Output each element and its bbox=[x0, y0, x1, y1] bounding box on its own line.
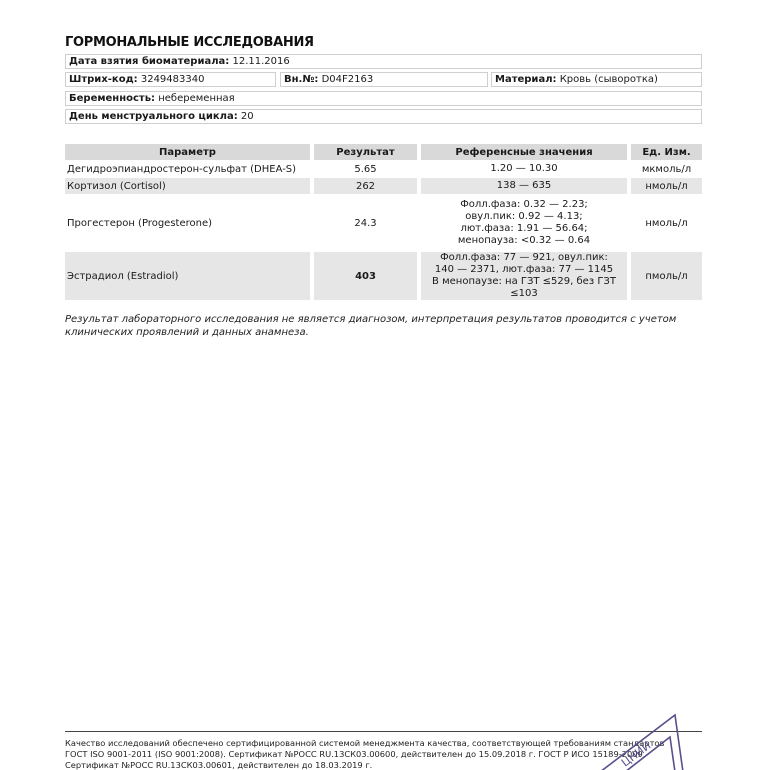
material-value: Кровь (сыворотка) bbox=[560, 74, 658, 85]
cell-unit: нмоль/л bbox=[631, 195, 702, 251]
header-parameter: Параметр bbox=[65, 144, 310, 160]
cell-parameter: Прогестерон (Progesterone) bbox=[65, 195, 310, 251]
table-row: Дегидроэпиандростерон-сульфат (DHEA-S)5.… bbox=[65, 161, 702, 177]
sample-date-label: Дата взятия биоматериала: bbox=[69, 56, 229, 67]
cell-unit: пмоль/л bbox=[631, 252, 702, 300]
reference-line: 138 — 635 bbox=[421, 180, 627, 192]
cell-parameter: Эстрадиол (Estradiol) bbox=[65, 252, 310, 300]
table-row: Кортизол (Cortisol)262138 — 635нмоль/л bbox=[65, 178, 702, 194]
report-title: ГОРМОНАЛЬНЫЕ ИССЛЕДОВАНИЯ bbox=[65, 35, 314, 50]
cell-result: 24.3 bbox=[314, 195, 417, 251]
table-header-row: Параметр Результат Референсные значения … bbox=[65, 144, 702, 160]
cell-reference: Фолл.фаза: 77 — 921, овул.пик:140 — 2371… bbox=[421, 252, 627, 300]
cell-result: 5.65 bbox=[314, 161, 417, 177]
internal-no-label: Вн.№: bbox=[284, 74, 318, 85]
reference-line: 1.20 — 10.30 bbox=[421, 163, 627, 175]
cell-result: 403 bbox=[314, 252, 417, 300]
cycle-day-label: День менструального цикла: bbox=[69, 111, 238, 122]
cell-reference: 138 — 635 bbox=[421, 178, 627, 194]
reference-line: менопауза: <0.32 — 0.64 bbox=[421, 235, 627, 247]
barcode-value: 3249483340 bbox=[141, 74, 205, 85]
table-row: Эстрадиол (Estradiol)403Фолл.фаза: 77 — … bbox=[65, 252, 702, 300]
barcode-box: Штрих-код: 3249483340 bbox=[65, 72, 276, 87]
internal-no-value: D04F2163 bbox=[322, 74, 374, 85]
cell-parameter: Дегидроэпиандростерон-сульфат (DHEA-S) bbox=[65, 161, 310, 177]
footer-line: ГОСТ ISO 9001-2011 (ISO 9001:2008). Серт… bbox=[65, 749, 665, 760]
header-reference: Референсные значения bbox=[421, 144, 627, 160]
cycle-day-value: 20 bbox=[241, 111, 254, 122]
disclaimer-note: Результат лабораторного исследования не … bbox=[65, 313, 705, 339]
reference-line: Фолл.фаза: 0.32 — 2.23; bbox=[421, 199, 627, 211]
cell-parameter: Кортизол (Cortisol) bbox=[65, 178, 310, 194]
cycle-day-box: День менструального цикла: 20 bbox=[65, 109, 702, 124]
header-result: Результат bbox=[314, 144, 417, 160]
header-unit: Ед. Изм. bbox=[631, 144, 702, 160]
footer-line: Сертификат №РОСС RU.13СК03.00601, действ… bbox=[65, 760, 665, 770]
sample-date-value: 12.11.2016 bbox=[232, 56, 289, 67]
internal-no-box: Вн.№: D04F2163 bbox=[280, 72, 488, 87]
material-box: Материал: Кровь (сыворотка) bbox=[491, 72, 702, 87]
barcode-label: Штрих-код: bbox=[69, 74, 138, 85]
material-label: Материал: bbox=[495, 74, 557, 85]
reference-line: 140 — 2371, лют.фаза: 77 — 1145 bbox=[421, 264, 627, 276]
cell-unit: нмоль/л bbox=[631, 178, 702, 194]
reference-line: овул.пик: 0.92 — 4.13; bbox=[421, 211, 627, 223]
pregnancy-value: небеременная bbox=[158, 93, 234, 104]
pregnancy-label: Беременность: bbox=[69, 93, 155, 104]
cell-reference: 1.20 — 10.30 bbox=[421, 161, 627, 177]
reference-line: Фолл.фаза: 77 — 921, овул.пик: bbox=[421, 252, 627, 264]
footer-certification: Качество исследований обеспечено сертифи… bbox=[65, 738, 665, 770]
footer-line: Качество исследований обеспечено сертифи… bbox=[65, 738, 665, 749]
reference-line: лют.фаза: 1.91 — 56.64; bbox=[421, 223, 627, 235]
lab-stamp: ЦНИИ bbox=[595, 712, 770, 770]
table-row: Прогестерон (Progesterone)24.3Фолл.фаза:… bbox=[65, 195, 702, 251]
cell-result: 262 bbox=[314, 178, 417, 194]
results-table: Параметр Результат Референсные значения … bbox=[61, 143, 706, 301]
pregnancy-box: Беременность: небеременная bbox=[65, 91, 702, 106]
cell-reference: Фолл.фаза: 0.32 — 2.23;овул.пик: 0.92 — … bbox=[421, 195, 627, 251]
reference-line: В менопаузе: на ГЗТ ≤529, без ГЗТ ≤103 bbox=[421, 276, 627, 300]
cell-unit: мкмоль/л bbox=[631, 161, 702, 177]
sample-date-box: Дата взятия биоматериала: 12.11.2016 bbox=[65, 54, 702, 69]
